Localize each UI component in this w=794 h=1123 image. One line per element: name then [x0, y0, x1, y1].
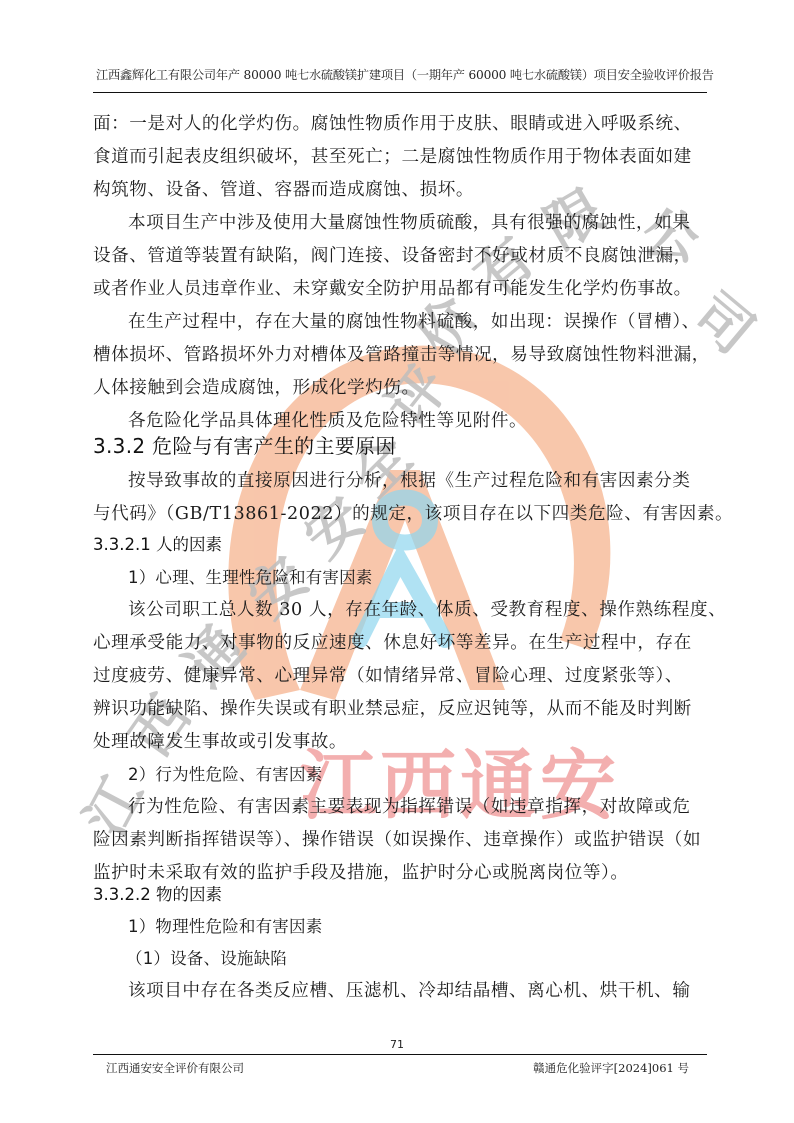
paragraph-line: 与代码》（GB/T13861-2022）的规定，该项目存在以下四类危险、有害因素… — [93, 502, 713, 526]
document-page: 江西鑫辉化工有限公司年产 80000 吨七水硫酸镁扩建项目（一期年产 60000… — [0, 0, 794, 1123]
paragraph-line: 行为性危险、有害因素主要表现为指挥错误（如违章指挥，对故障或危 — [128, 795, 713, 819]
paragraph-line: 过度疲劳、健康异常、心理异常（如情绪异常、冒险心理、过度紧张等）、 — [93, 664, 713, 688]
paragraph-line: 险因素判断指挥错误等）、操作错误（如误操作、违章操作）或监护错误（如 — [93, 828, 713, 852]
list-item-heading: 1）心理、生理性危险和有害因素 — [128, 566, 713, 590]
header-rule — [93, 92, 707, 93]
paragraph-line: 按导致事故的直接原因进行分析，根据《生产过程危险和有害因素分类 — [128, 469, 713, 493]
running-header-title: 江西鑫辉化工有限公司年产 80000 吨七水硫酸镁扩建项目（一期年产 60000… — [96, 66, 706, 83]
page-number: 71 — [0, 1038, 794, 1051]
svg-text:安: 安 — [292, 485, 377, 571]
footer-document-number: 赣通危化验评字[2024]061 号 — [533, 1060, 689, 1076]
paragraph-line: 或者作业人员违章作业、未穿戴安全防护用品都有可能发生化学灼伤事故。 — [93, 277, 713, 301]
paragraph-line: 辨识功能缺陷、操作失误或有职业禁忌症，反应迟钝等，从而不能及时判断 — [93, 697, 713, 721]
paragraph-line: 人体接触到会造成腐蚀，形成化学灼伤。 — [93, 376, 713, 400]
section-heading-3-3-2: 3.3.2 危险与有害产生的主要原因 — [93, 433, 396, 459]
paragraph-line: 监护时未采取有效的监护手段及措施，监护时分心或脱离岗位等）。 — [93, 861, 713, 885]
paragraph-line: 心理承受能力、对事物的反应速度、休息好坏等差异。在生产过程中，存在 — [93, 631, 713, 655]
footer-rule — [93, 1054, 707, 1055]
paragraph-line: 本项目生产中涉及使用大量腐蚀性物质硫酸，具有很强的腐蚀性，如果 — [128, 211, 713, 235]
list-item-heading: 1）物理性危险和有害因素 — [128, 915, 713, 939]
section-heading-3-3-2-2: 3.3.2.2 物的因素 — [93, 883, 222, 907]
sub-item-heading: （1）设备、设施缺陷 — [126, 947, 746, 971]
list-item-heading: 2）行为性危险、有害因素 — [128, 763, 713, 787]
paragraph-line: 食道而引起表皮组织破坏，甚至死亡；二是腐蚀性物质作用于物体表面如建 — [93, 145, 713, 169]
paragraph-line: 处理故障发生事故或引发事故。 — [93, 730, 713, 754]
paragraph-line: 构筑物、设备、管道、容器而造成腐蚀、损坏。 — [93, 178, 713, 202]
paragraph-line: 设备、管道等装置有缺陷，阀门连接、设备密封不好或材质不良腐蚀泄漏， — [93, 244, 713, 268]
paragraph-line: 槽体损坏、管路损坏外力对槽体及管路撞击等情况，易导致腐蚀性物料泄漏， — [93, 343, 713, 367]
paragraph-line: 该公司职工总人数 30 人，存在年龄、体质、受教育程度、操作熟练程度、 — [128, 598, 713, 622]
paragraph-line: 该项目中存在各类反应槽、压滤机、冷却结晶槽、离心机、烘干机、输 — [128, 979, 713, 1003]
section-heading-3-3-2-1: 3.3.2.1 人的因素 — [93, 533, 222, 557]
paragraph-line: 各危险化学品具体理化性质及危险特性等见附件。 — [128, 409, 713, 433]
footer-company: 江西通安安全评价有限公司 — [106, 1060, 244, 1076]
paragraph-line: 在生产过程中，存在大量的腐蚀性物料硫酸，如出现：误操作（冒槽）、 — [128, 310, 713, 334]
paragraph-line: 面：一是对人的化学灼伤。腐蚀性物质作用于皮肤、眼睛或进入呼吸系统、 — [93, 112, 713, 136]
